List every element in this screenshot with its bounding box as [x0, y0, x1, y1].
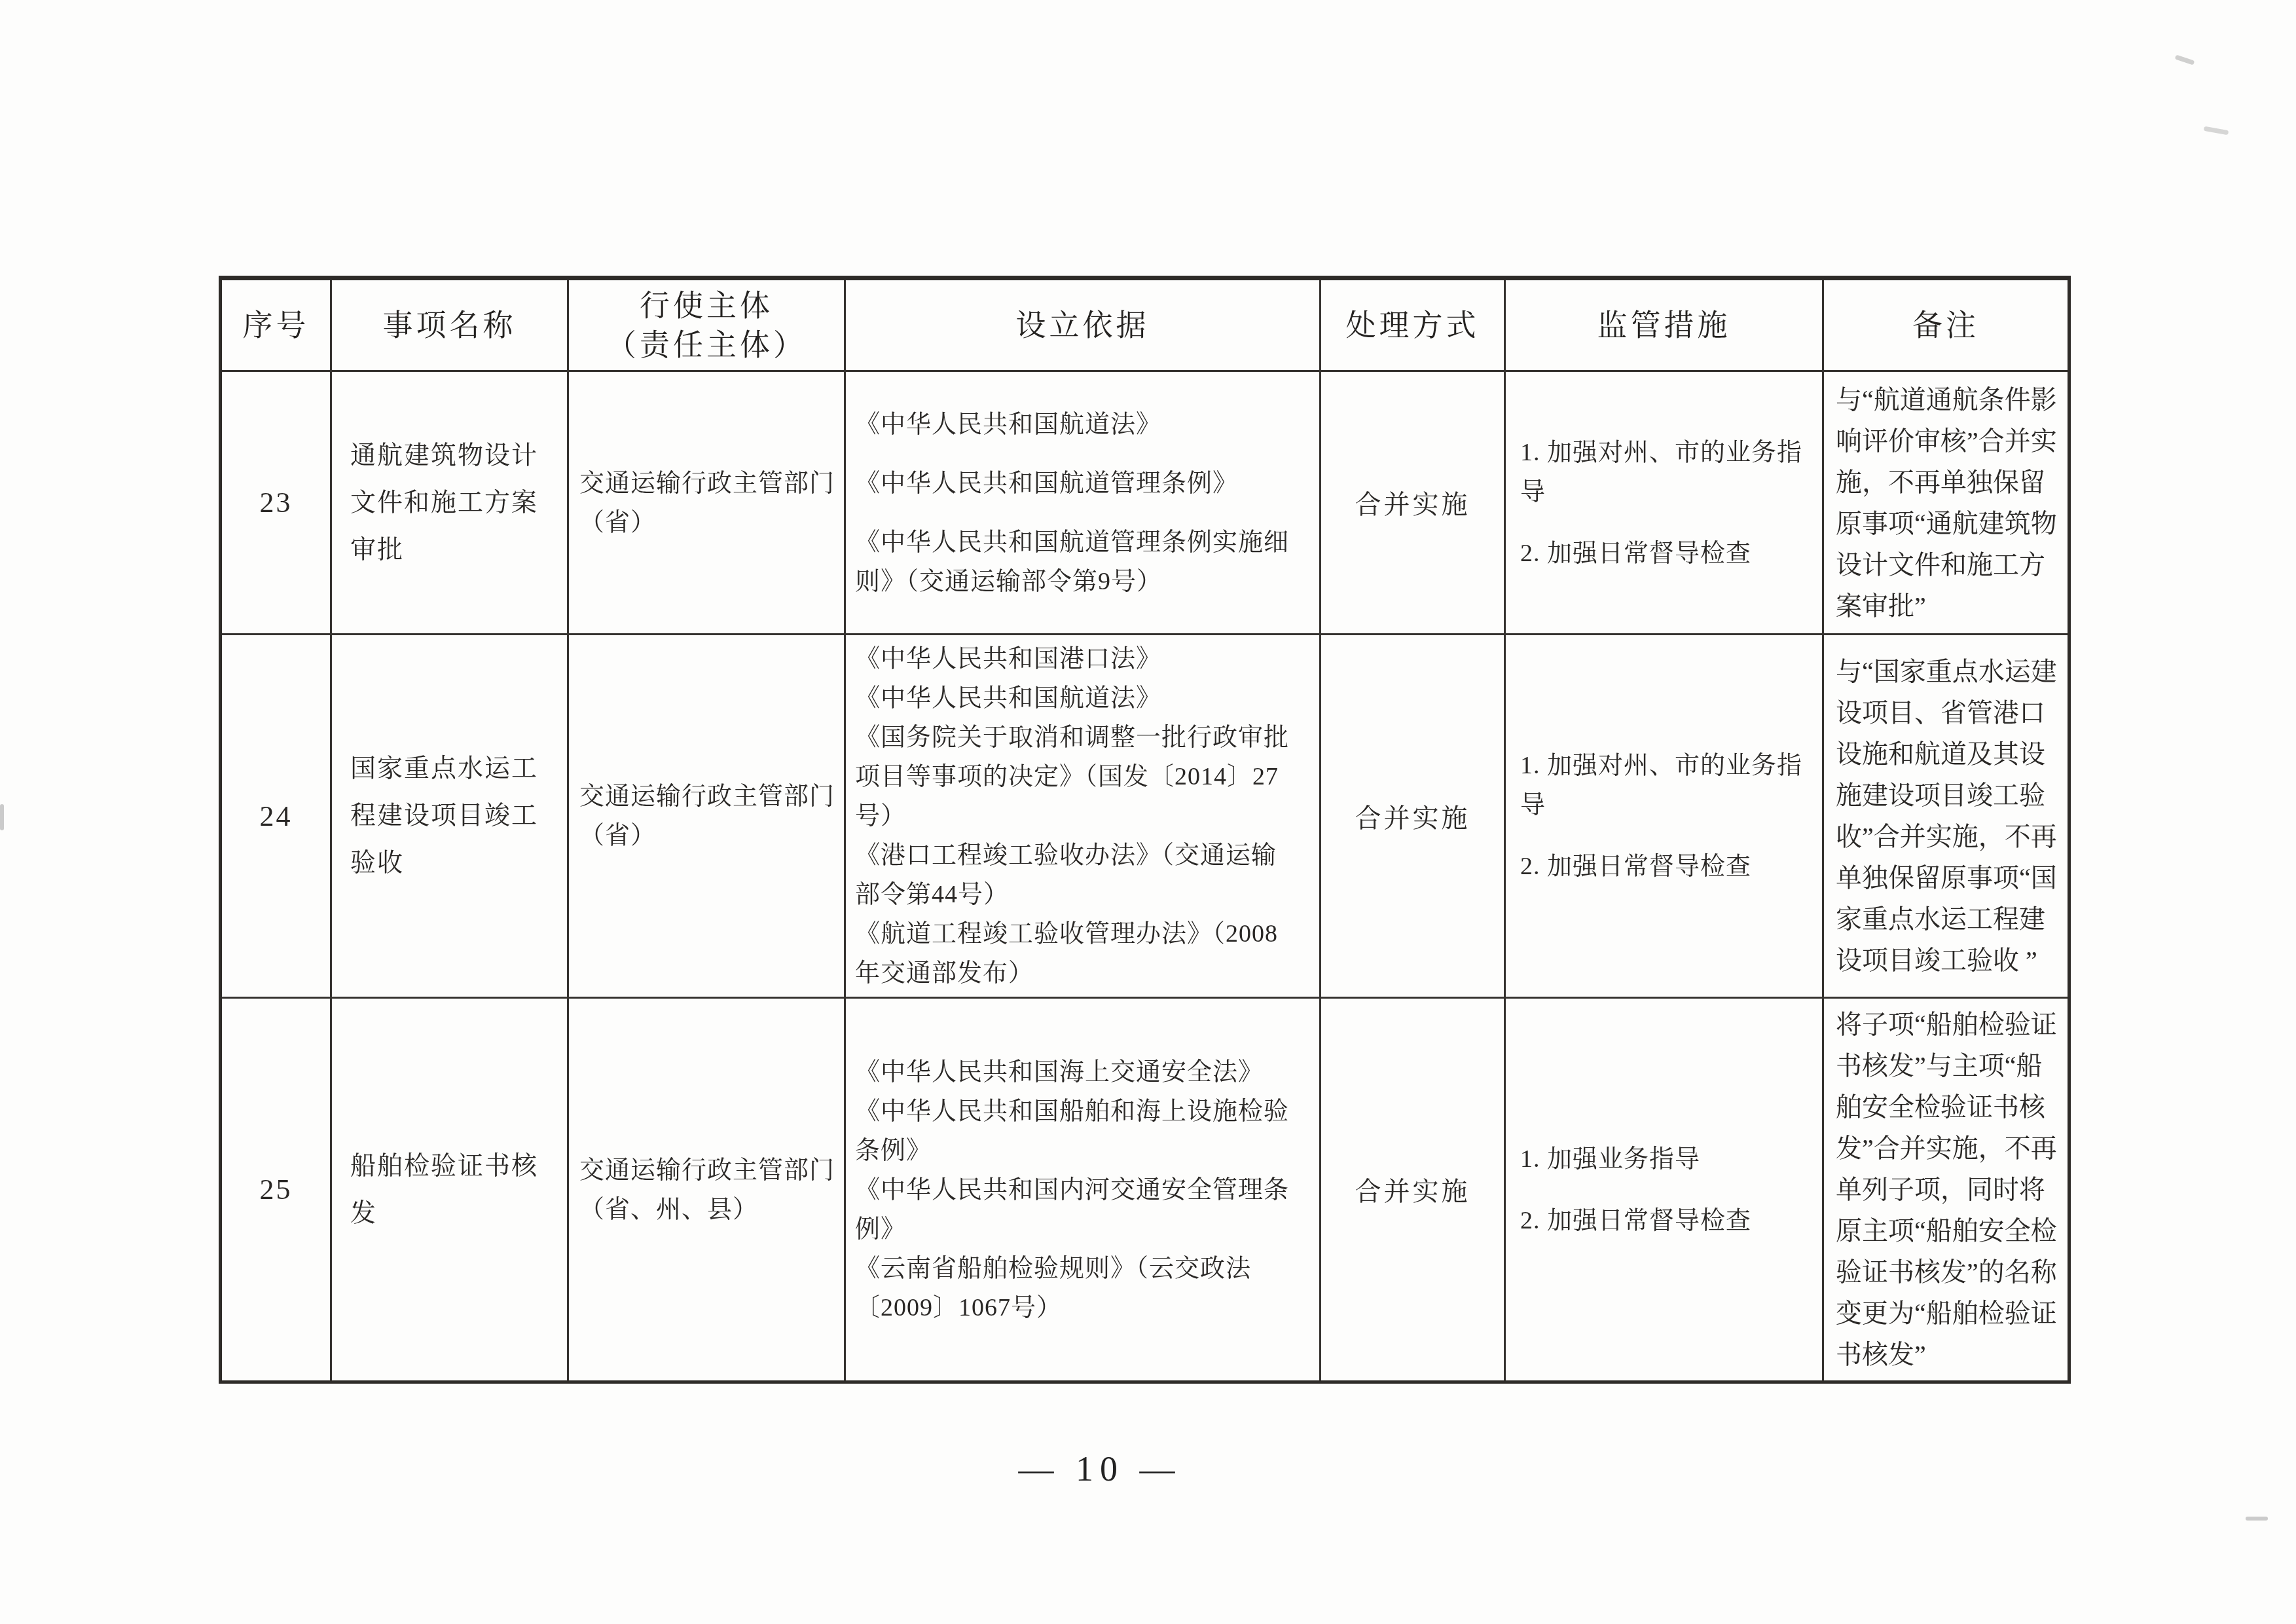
header-establishment-basis: 设立依据	[845, 278, 1321, 371]
table-row: 24 国家重点水运工程建设项目竣工验收 交通运输行政主管部门（省） 《中华人民共…	[221, 635, 2069, 998]
list-line: 《中华人民共和国海上交通安全法》	[855, 1052, 1292, 1092]
row-number: 24	[221, 635, 331, 998]
processing-method: 合并实施	[1321, 635, 1505, 998]
admin-items-table: 序号 事项名称 行使主体 （责任主体） 设立依据 处理方式 监管措施	[219, 276, 2071, 1384]
header-subject-line1: 行使主体	[570, 286, 843, 325]
remark: 与“国家重点水运建设项目、省管港口设施和航道及其设施建设项目竣工验收”合并实施，…	[1823, 635, 2069, 998]
list-line: 《中华人民共和国内河交通安全管理条例》	[855, 1170, 1292, 1249]
establishment-basis: 《中华人民共和国海上交通安全法》《中华人民共和国船舶和海上设施检验条例》《中华人…	[845, 998, 1321, 1382]
list-line: 《国务院关于取消和调整一批行政审批项目等事项的决定》（国发〔2014〕27号）	[855, 718, 1292, 836]
remark: 将子项“船舶检验证书核发”与主项“船舶安全检验证书核发”合并实施，不再单列子项，…	[1823, 998, 2069, 1382]
list-line: 《云南省船舶检验规则》（云交政法〔2009〕1067号）	[855, 1249, 1292, 1327]
page-number: — 10 —	[871, 1449, 1329, 1489]
list-line: 2. 加强日常督导检查	[1520, 1201, 1813, 1240]
processing-method: 合并实施	[1321, 371, 1505, 635]
table-row: 23 通航建筑物设计文件和施工方案审批 交通运输行政主管部门（省） 《中华人民共…	[221, 371, 2069, 635]
item-name: 通航建筑物设计文件和施工方案审批	[331, 371, 568, 635]
table-header-row: 序号 事项名称 行使主体 （责任主体） 设立依据 处理方式 监管措施	[221, 278, 2069, 371]
scan-artifact	[2246, 1517, 2268, 1521]
document-page: 序号 事项名称 行使主体 （责任主体） 设立依据 处理方式 监管措施	[0, 0, 2296, 1624]
scan-artifact	[0, 804, 4, 830]
header-no-label: 序号	[223, 306, 329, 345]
establishment-basis: 《中华人民共和国港口法》《中华人民共和国航道法》《国务院关于取消和调整一批行政审…	[845, 635, 1321, 998]
list-line: 1. 加强业务指导	[1520, 1139, 1813, 1179]
list-line: 《中华人民共和国航道法》	[855, 405, 1292, 444]
header-exercising-subject: 行使主体 （责任主体）	[568, 278, 845, 371]
list-line: 《中华人民共和国船舶和海上设施检验条例》	[855, 1092, 1292, 1170]
processing-method: 合并实施	[1321, 998, 1505, 1382]
header-subject-line2: （责任主体）	[570, 325, 843, 365]
header-item-name: 事项名称	[331, 278, 568, 371]
row-number: 23	[221, 371, 331, 635]
list-line: 《中华人民共和国航道管理条例实施细则》（交通运输部令第9号）	[855, 523, 1292, 601]
list-line: 1. 加强对州、市的业务指导	[1520, 746, 1813, 824]
header-processing-method: 处理方式	[1321, 278, 1505, 371]
list-line: 1. 加强对州、市的业务指导	[1520, 433, 1813, 511]
header-no: 序号	[221, 278, 331, 371]
header-basis-label: 设立依据	[847, 306, 1319, 345]
header-supervision-label: 监管措施	[1506, 306, 1821, 345]
list-line: 《中华人民共和国航道管理条例》	[855, 464, 1292, 503]
list-line: 《中华人民共和国航道法》	[855, 678, 1292, 718]
table-row: 25 船舶检验证书核发 交通运输行政主管部门（省、州、县） 《中华人民共和国海上…	[221, 998, 2069, 1382]
establishment-basis: 《中华人民共和国航道法》《中华人民共和国航道管理条例》《中华人民共和国航道管理条…	[845, 371, 1321, 635]
header-item-name-label: 事项名称	[333, 306, 566, 345]
list-line: 《航道工程竣工验收管理办法》（2008年交通部发布）	[855, 914, 1292, 993]
list-line: 《港口工程竣工验收办法》（交通运输部令第44号）	[855, 836, 1292, 914]
supervision-measures: 1. 加强业务指导2. 加强日常督导检查	[1505, 998, 1823, 1382]
scan-artifact	[2175, 55, 2195, 65]
exercising-subject: 交通运输行政主管部门（省、州、县）	[568, 998, 845, 1382]
item-name: 船舶检验证书核发	[331, 998, 568, 1382]
header-supervision-measures: 监管措施	[1505, 278, 1823, 371]
supervision-measures: 1. 加强对州、市的业务指导2. 加强日常督导检查	[1505, 371, 1823, 635]
header-remarks-label: 备注	[1825, 306, 2067, 345]
supervision-measures: 1. 加强对州、市的业务指导2. 加强日常督导检查	[1505, 635, 1823, 998]
list-line: 《中华人民共和国港口法》	[855, 639, 1292, 678]
header-remarks: 备注	[1823, 278, 2069, 371]
exercising-subject: 交通运输行政主管部门（省）	[568, 635, 845, 998]
list-line: 2. 加强日常督导检查	[1520, 847, 1813, 886]
remark: 与“航道通航条件影响评价审核”合并实施，不再单独保留原事项“通航建筑物设计文件和…	[1823, 371, 2069, 635]
item-name: 国家重点水运工程建设项目竣工验收	[331, 635, 568, 998]
scan-artifact	[2204, 126, 2229, 135]
exercising-subject: 交通运输行政主管部门（省）	[568, 371, 845, 635]
row-number: 25	[221, 998, 331, 1382]
list-line: 2. 加强日常督导检查	[1520, 534, 1813, 573]
header-method-label: 处理方式	[1322, 306, 1503, 345]
